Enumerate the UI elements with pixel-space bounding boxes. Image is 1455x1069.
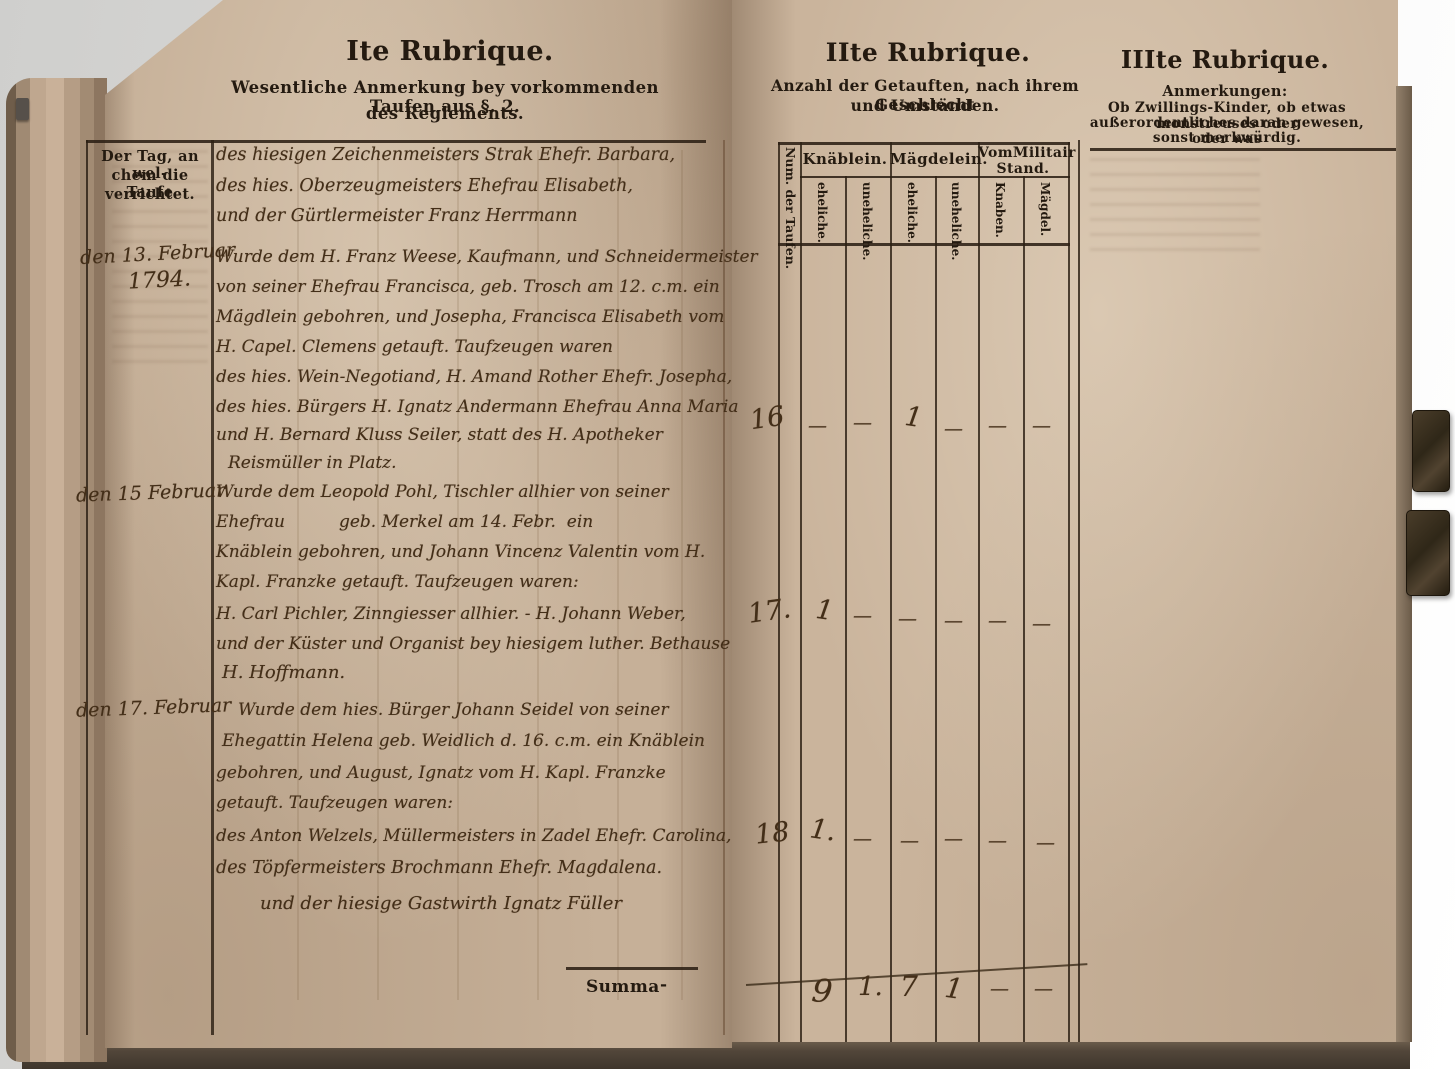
summa-value: 9 [810, 971, 834, 1011]
handwritten-line: des hies. Wein-Negotiand, H. Amand Rothe… [216, 367, 732, 387]
rubrique2-subtitle-2: und Umständen. [760, 96, 1090, 115]
row-number: 16 [748, 401, 786, 436]
spine-metal-fitting [16, 98, 29, 120]
cell-value: — [1032, 613, 1051, 635]
subcol-label: Knaben. [993, 182, 1007, 238]
handwritten-line: und der hiesige Gastwirth Ignatz Füller [260, 893, 622, 914]
cell-value: 1. [808, 813, 838, 847]
table-col-line [978, 142, 980, 1042]
handwritten-line: H. Carl Pichler, Zinngiesser allhier. - … [216, 604, 686, 624]
group-header-militair-1: VomMilitair [978, 145, 1068, 161]
left-table-left-border [86, 140, 88, 1035]
summa-value: 1. [858, 972, 883, 1002]
table-col-line [1023, 176, 1025, 1042]
page-edge-stack [6, 78, 107, 1062]
subcol-label: eheliche. [815, 182, 829, 243]
table-col-line [778, 142, 780, 1042]
summa-value: — [990, 978, 1009, 1000]
left-table-top-rule [86, 140, 706, 143]
summa-value: 7 [900, 970, 918, 1003]
cell-value: — [900, 830, 919, 852]
cell-value: — [944, 828, 963, 850]
cell-value: — [898, 608, 917, 630]
row-number: 17. [746, 593, 793, 630]
handwritten-line: und der Küster und Organist bey hiesigem… [216, 634, 730, 654]
handwritten-line: und der Gürtlermeister Franz Herrmann [216, 206, 578, 226]
subcol-label: uneheliche. [860, 182, 874, 260]
handwritten-line: des hies. Bürgers H. Ignatz Andermann Eh… [216, 397, 738, 417]
table-col-line [800, 142, 802, 1042]
group-header-militair-2: Stand. [978, 161, 1068, 177]
table-col-line [845, 176, 847, 1042]
table-col-line [890, 142, 892, 1042]
rubrique2-title: IIte Rubrique. [778, 38, 1078, 67]
entry-date-year: 1794. [127, 266, 191, 294]
handwritten-line: des Anton Welzels, Müllermeisters in Zad… [216, 826, 731, 846]
cell-value: — [808, 415, 827, 437]
handwritten-line: des hiesigen Zeichenmeisters Strak Ehefr… [216, 145, 675, 165]
rubrique3-underline [1090, 148, 1396, 151]
table-header-bottom-rule [778, 243, 1070, 246]
handwritten-line: des hies. Oberzeugmeisters Ehefrau Elisa… [216, 176, 633, 196]
handwritten-line: H. Hoffmann. [222, 662, 345, 683]
cell-value: — [944, 610, 963, 632]
cell-value: — [988, 415, 1007, 437]
cell-value: — [988, 830, 1007, 852]
date-col-header-3: verrichtet. [90, 186, 210, 203]
handwritten-line: Kapl. Franzke getauft. Taufzeugen waren: [216, 572, 579, 592]
handwritten-line: des Töpfermeisters Brochmann Ehefr. Magd… [216, 858, 662, 878]
group-header-maegdelein: Mägdelein. [890, 150, 978, 168]
bleedthrough-ghost-right [1090, 158, 1260, 253]
num-col-label: Num. der Taufen. [783, 147, 798, 269]
handwritten-line: gebohren, und August, Ignatz vom H. Kapl… [216, 763, 666, 783]
cell-value: — [853, 605, 872, 627]
cell-value: — [944, 418, 963, 440]
handwritten-line: Wurde dem H. Franz Weese, Kaufmann, und … [216, 247, 758, 267]
handwritten-line: Ehefrau geb. Merkel am 14. Febr. ein [216, 512, 593, 532]
handwritten-line: von seiner Ehefrau Francisca, geb. Trosc… [216, 277, 720, 297]
handwritten-line: Wurde dem hies. Bürger Johann Seidel von… [238, 700, 669, 720]
rubrique3-title: IIIte Rubrique. [1080, 45, 1370, 74]
group-header-knaeblein: Knäblein. [800, 150, 890, 168]
handwritten-line: und H. Bernard Kluss Seiler, statt des H… [216, 425, 663, 445]
summa-label: Summa [586, 977, 660, 997]
handwritten-line: Knäblein gebohren, und Johann Vincenz Va… [216, 542, 705, 562]
row-number: 18 [753, 816, 790, 850]
rubrique1-title: Ite Rubrique. [240, 36, 660, 67]
handwritten-line: Ehegattin Helena geb. Weidlich d. 16. c.… [222, 731, 705, 751]
left-table-right-crease [723, 140, 725, 1035]
cell-value: — [853, 412, 872, 434]
table-col-line [1068, 142, 1070, 1042]
table-col-line [935, 176, 937, 1042]
rubrique3-subtitle-4: sonst merkwürdig. [1072, 130, 1382, 146]
subcol-label: Mägdel. [1038, 182, 1052, 236]
rubrique3-subtitle-1: Anmerkungen: [1080, 83, 1370, 100]
cell-value: — [853, 828, 872, 850]
subcol-label: eheliche. [905, 182, 919, 243]
cell-value: — [988, 610, 1007, 632]
summa-rule [566, 967, 698, 970]
cell-value: — [1032, 415, 1051, 437]
leather-clasp-top [1412, 410, 1450, 492]
handwritten-line: Wurde dem Leopold Pohl, Tischler allhier… [216, 482, 669, 502]
handwritten-line: getauft. Taufzeugen waren: [216, 793, 453, 813]
rubrique3-divider [1078, 140, 1080, 1042]
summa-dash: - [660, 975, 667, 995]
handwritten-line: H. Capel. Clemens getauft. Taufzeugen wa… [216, 337, 613, 357]
book-spread-photo: Ite Rubrique. Wesentliche Anmerkung bey … [0, 0, 1455, 1069]
summa-value: — [1034, 978, 1053, 1000]
left-table-date-divider [211, 140, 214, 1035]
handwritten-line: Reismüller in Platz. [228, 453, 397, 473]
leather-clasp-bottom [1406, 510, 1450, 596]
rubrique1-subtitle-2: des Reglements. [205, 104, 685, 123]
handwritten-line: Mägdlein gebohren, und Josepha, Francisc… [216, 307, 724, 327]
subcol-label: uneheliche. [949, 182, 963, 260]
cell-value: — [1036, 832, 1055, 854]
